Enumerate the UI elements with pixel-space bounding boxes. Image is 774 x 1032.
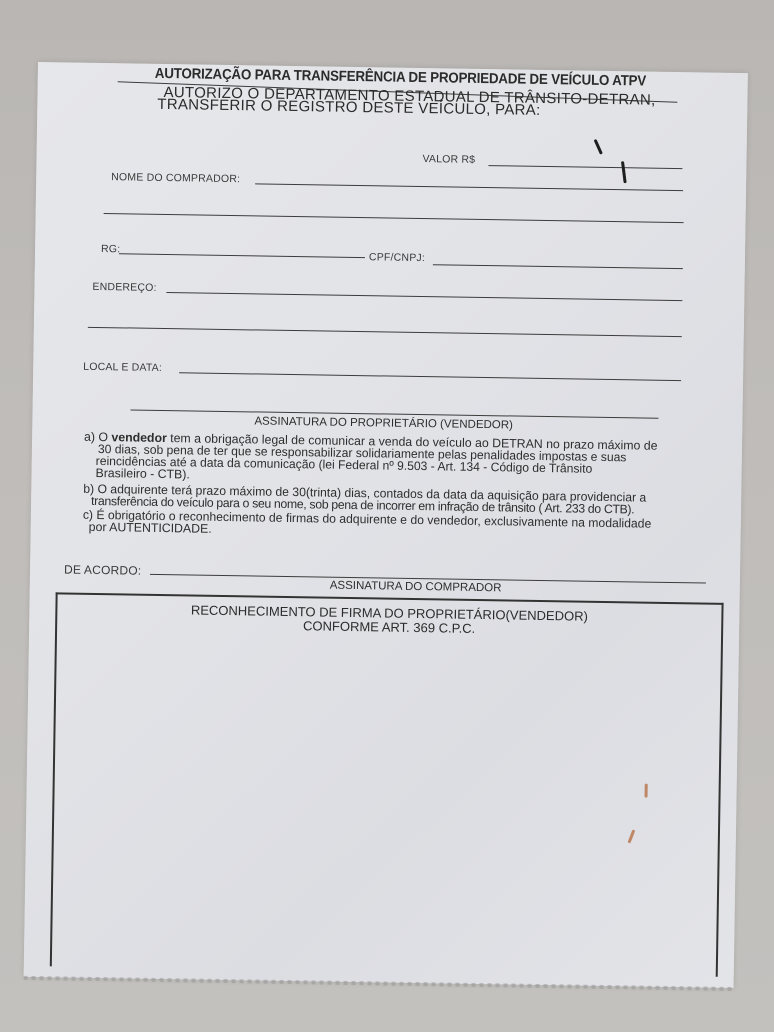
stain-mark [645, 784, 648, 798]
valor-field[interactable] [488, 165, 682, 169]
stain-mark [628, 829, 636, 843]
endereco-field[interactable] [166, 292, 682, 301]
rg-label: RG: [101, 243, 120, 255]
local-data-field[interactable] [179, 372, 681, 381]
nome-comprador-field[interactable] [255, 183, 683, 191]
de-acordo-label: DE ACORDO: [64, 562, 142, 577]
nome-comprador-field-line-2[interactable] [104, 213, 684, 223]
valor-label: VALOR R$ [422, 153, 475, 166]
intro-line-2: TRANSFERIR O REGISTRO DESTE VEÍCULO, PAR… [157, 98, 540, 118]
cpf-cnpj-label: CPF/CNPJ: [369, 251, 425, 264]
nome-comprador-label: NOME DO COMPRADOR: [111, 171, 240, 185]
endereco-label: ENDEREÇO: [92, 281, 156, 294]
handwritten-mark [621, 161, 627, 183]
handwritten-mark [594, 139, 603, 155]
seller-signature-caption: ASSINATURA DO PROPRIETÁRIO (VENDEDOR) [254, 415, 513, 431]
cpf-cnpj-field[interactable] [433, 264, 683, 269]
buyer-signature-caption: ASSINATURA DO COMPRADOR [330, 580, 502, 595]
notary-recognition-box[interactable]: RECONHECIMENTO DE FIRMA DO PROPRIETÁRIO(… [50, 592, 724, 976]
atpv-form-paper: AUTORIZAÇÃO PARA TRANSFERÊNCIA DE PROPRI… [24, 62, 748, 988]
endereco-field-line-2[interactable] [88, 327, 682, 337]
note-a-line-4: Brasileiro - CTB). [95, 467, 189, 480]
note-c-line-2: por AUTENTICIDADE. [89, 521, 212, 535]
rg-field[interactable] [119, 253, 365, 258]
local-data-label: LOCAL E DATA: [83, 361, 162, 374]
